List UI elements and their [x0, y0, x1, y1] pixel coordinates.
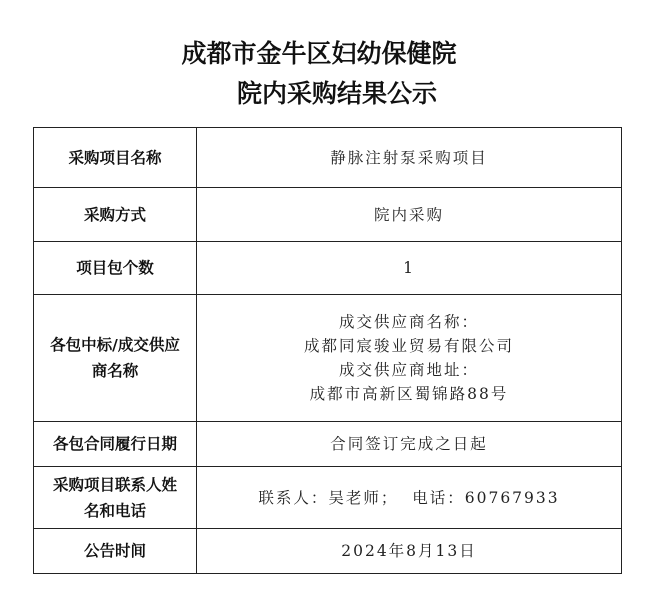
- document-title-line2: 院内采购结果公示: [8, 74, 658, 110]
- label-package-count: 项目包个数: [34, 242, 197, 295]
- value-contract-date: 合同签订完成之日起: [197, 422, 622, 467]
- table-row-procurement-method: 采购方式 院内采购: [34, 188, 622, 242]
- label-project-name: 采购项目名称: [34, 128, 197, 188]
- label-contract-date: 各包合同履行日期: [34, 422, 197, 467]
- document-title-line1: 成都市金牛区妇幼保健院: [0, 34, 648, 70]
- label-supplier-line2: 商名称: [34, 358, 196, 384]
- table-row-project-name: 采购项目名称 静脉注射泵采购项目: [34, 128, 622, 188]
- label-announcement-date: 公告时间: [34, 529, 197, 574]
- table-row-contact: 采购项目联系人姓 名和电话 联系人：吴老师； 电话：60767933: [34, 467, 622, 529]
- table-row-contract-date: 各包合同履行日期 合同签订完成之日起: [34, 422, 622, 467]
- table-row-announcement-date: 公告时间 2024年8月13日: [34, 529, 622, 574]
- table-row-package-count: 项目包个数 1: [34, 242, 622, 295]
- supplier-address: 成都市高新区蜀锦路88号: [197, 382, 621, 406]
- label-procurement-method: 采购方式: [34, 188, 197, 242]
- label-contact-line2: 名和电话: [34, 498, 196, 524]
- table-row-supplier: 各包中标/成交供应 商名称 成交供应商名称： 成都同宸骏业贸易有限公司 成交供应…: [34, 295, 622, 422]
- label-supplier: 各包中标/成交供应 商名称: [34, 295, 197, 422]
- value-project-name: 静脉注射泵采购项目: [197, 128, 622, 188]
- value-package-count: 1: [197, 242, 622, 295]
- value-contact: 联系人：吴老师； 电话：60767933: [197, 467, 622, 529]
- value-supplier: 成交供应商名称： 成都同宸骏业贸易有限公司 成交供应商地址： 成都市高新区蜀锦路…: [197, 295, 622, 422]
- supplier-name: 成都同宸骏业贸易有限公司: [197, 334, 621, 358]
- supplier-address-label: 成交供应商地址：: [197, 358, 621, 382]
- label-supplier-line1: 各包中标/成交供应: [34, 332, 196, 358]
- supplier-name-label: 成交供应商名称：: [197, 310, 621, 334]
- label-contact: 采购项目联系人姓 名和电话: [34, 467, 197, 529]
- procurement-result-table: 采购项目名称 静脉注射泵采购项目 采购方式 院内采购 项目包个数 1 各包中标/…: [33, 127, 622, 574]
- label-contact-line1: 采购项目联系人姓: [34, 472, 196, 498]
- value-announcement-date: 2024年8月13日: [197, 529, 622, 574]
- value-procurement-method: 院内采购: [197, 188, 622, 242]
